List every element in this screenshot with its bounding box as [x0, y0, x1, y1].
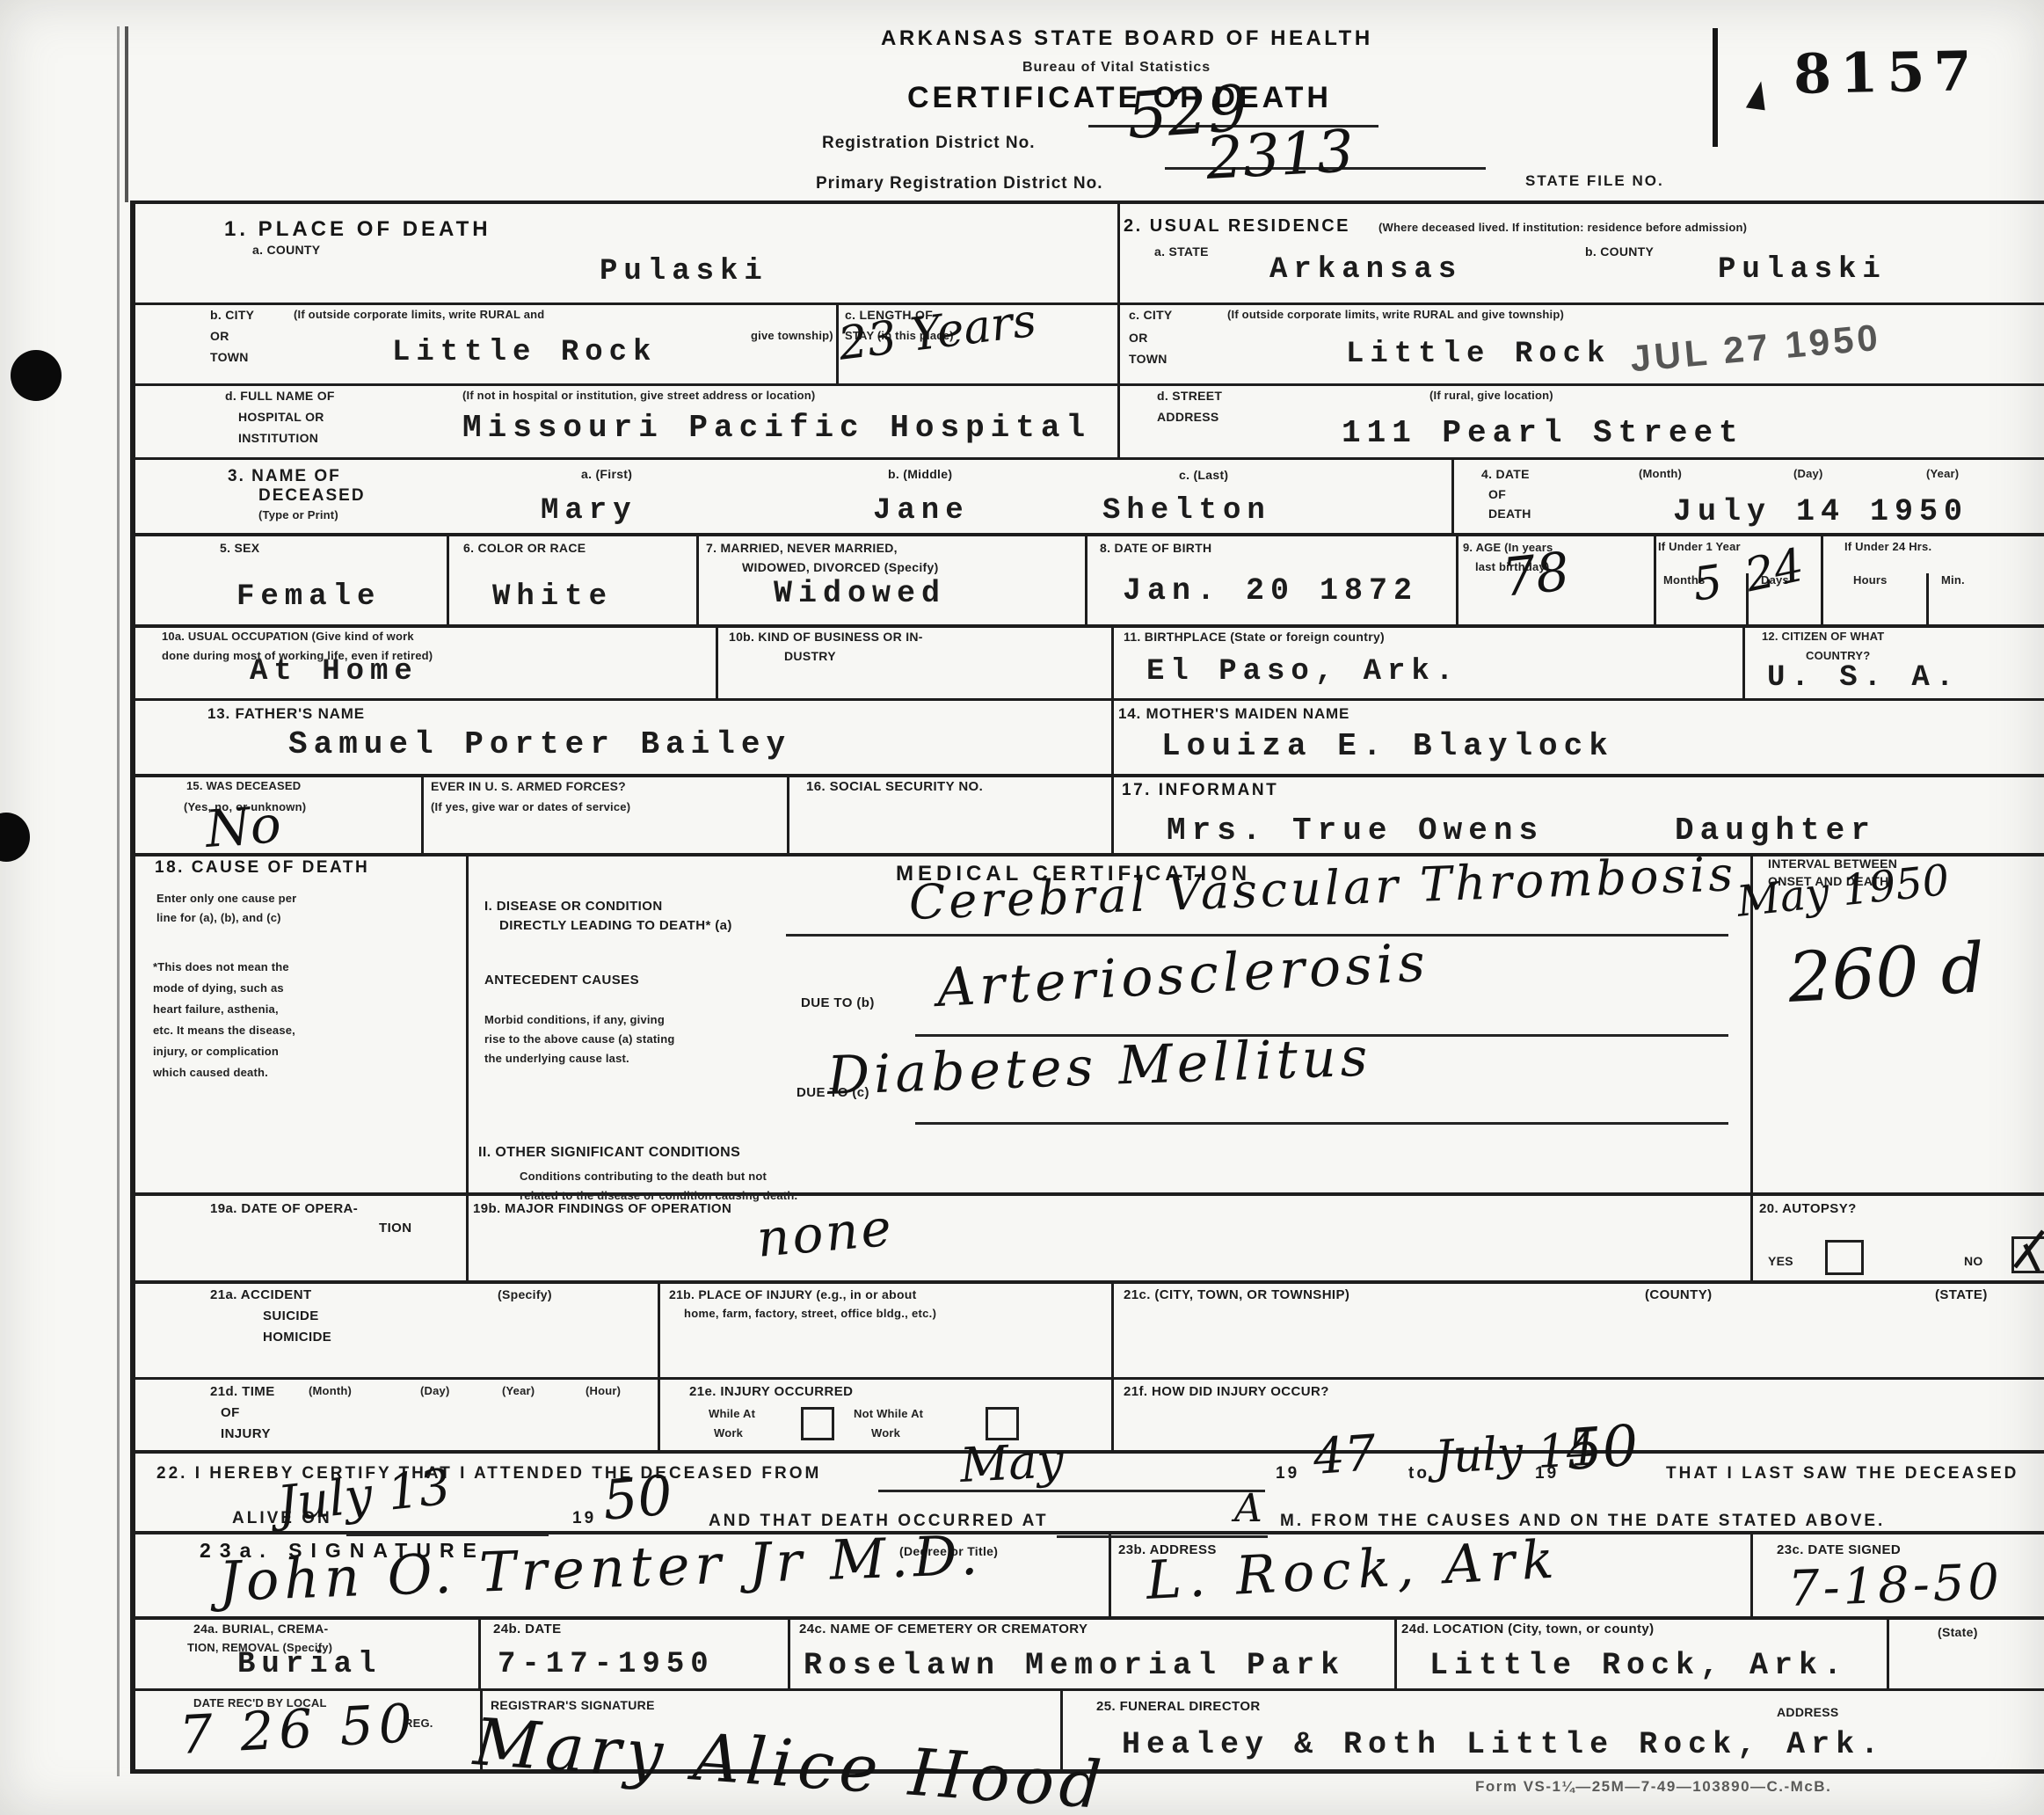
certify-time-line	[1057, 1535, 1268, 1538]
marital-label2: WIDOWED, DIVORCED (Specify)	[742, 560, 939, 574]
street-label1: d. STREET	[1157, 389, 1222, 403]
certify-alive-value: July 13	[275, 1463, 453, 1530]
autopsy-yes-label: YES	[1768, 1254, 1793, 1268]
burial-location-value: Little Rock, Ark.	[1429, 1648, 1848, 1683]
last-name-value: Shelton	[1102, 494, 1271, 528]
injury-county-label: (COUNTY)	[1645, 1287, 1713, 1302]
injury-city-label: 21c. (CITY, TOWN, OR TOWNSHIP)	[1124, 1287, 1349, 1302]
marital-label1: 7. MARRIED, NEVER MARRIED,	[706, 541, 898, 555]
marital-value: Widowed	[774, 576, 946, 611]
accident-label1: 21a. ACCIDENT	[210, 1287, 312, 1302]
while-at-work-label2: Work	[714, 1426, 743, 1440]
injury-state-label: (STATE)	[1935, 1287, 1988, 1302]
county-value: Pulaski	[600, 255, 768, 288]
armed-forces-label3: EVER IN U. S. ARMED FORCES?	[431, 779, 626, 793]
residence-state-value: Arkansas	[1269, 253, 1462, 287]
antecedent-note3: the underlying cause last.	[484, 1052, 629, 1065]
primary-district-value: 2313	[1204, 122, 1355, 188]
certify-line1b: THAT I LAST SAW THE DECEASED	[1666, 1464, 2019, 1483]
mother-value: Louiza E. Blaylock	[1161, 728, 1614, 764]
scan-edge-line	[125, 26, 128, 202]
dob-value: Jan. 20 1872	[1123, 573, 1418, 609]
under-1-year-label: If Under 1 Year	[1658, 540, 1741, 553]
cemetery-value: Roselawn Memorial Park	[804, 1648, 1345, 1683]
business-label2: DUSTRY	[784, 649, 836, 663]
name-label2: DECEASED	[258, 486, 366, 506]
findings-label: 19b. MAJOR FINDINGS OF OPERATION	[473, 1201, 731, 1216]
name-label1: 3. NAME OF	[228, 467, 341, 486]
operation-date-label1: 19a. DATE OF OPERA-	[210, 1201, 358, 1216]
citizen-label2: COUNTRY?	[1806, 649, 1870, 662]
months-value: 5	[1690, 559, 1725, 609]
funeral-director-value: Healey & Roth Little Rock, Ark.	[1122, 1727, 1885, 1762]
bureau-subtitle: Bureau of Vital Statistics	[1022, 60, 1211, 76]
certify-am-value: A	[1234, 1490, 1262, 1528]
under-24-hrs-label: If Under 24 Hrs.	[1844, 540, 1931, 553]
race-label: 6. COLOR OR RACE	[463, 541, 586, 555]
accident-label3: HOMICIDE	[263, 1330, 331, 1345]
city-label: b. CITY	[210, 308, 254, 322]
hospital-label3: INSTITUTION	[238, 431, 318, 445]
armed-forces-label4: (If yes, give war or dates of service)	[431, 800, 630, 813]
hours-label: Hours	[1853, 573, 1888, 587]
not-while-at-work-label1: Not While At	[854, 1407, 923, 1420]
autopsy-yes-checkbox	[1825, 1240, 1864, 1275]
cause-note2f: which caused death.	[153, 1066, 268, 1079]
residence-state-label: a. STATE	[1154, 244, 1209, 259]
business-label1: 10b. KIND OF BUSINESS OR IN-	[729, 630, 923, 644]
burial-location-label: 24d. LOCATION (City, town, or county)	[1401, 1622, 1655, 1636]
dod-month-label: (Month)	[1639, 467, 1682, 480]
certificate-form: 1. PLACE OF DEATH a. COUNTY Pulaski 2. U…	[130, 200, 2044, 1774]
informant-value: Mrs. True Owens	[1167, 813, 1544, 849]
findings-value: none	[754, 1202, 895, 1265]
certify-line1: 22. I HEREBY CERTIFY THAT I ATTENDED THE…	[156, 1464, 821, 1483]
dod-year-label: (Year)	[1926, 467, 1959, 480]
board-title: ARKANSAS STATE BOARD OF HEALTH	[881, 26, 1373, 51]
disease-label2: DIRECTLY LEADING TO DEATH* (a)	[499, 918, 732, 933]
informant-label: 17. INFORMANT	[1122, 781, 1278, 800]
cause-note2e: injury, or complication	[153, 1045, 279, 1058]
sex-label: 5. SEX	[220, 541, 259, 555]
cause-note2c: heart failure, asthenia,	[153, 1002, 279, 1016]
date-signed-label: 23c. DATE SIGNED	[1777, 1542, 1901, 1557]
operation-date-label2: TION	[379, 1221, 411, 1236]
due-to-c-value: Diabetes Mellitus	[826, 1031, 1372, 1103]
hospital-note: (If not in hospital or institution, give…	[462, 389, 815, 402]
dod-value: July 14 1950	[1673, 494, 1968, 529]
name-label3: (Type or Print)	[258, 508, 338, 521]
occupation-label1: 10a. USUAL OCCUPATION (Give kind of work	[162, 630, 414, 643]
injury-year-label: (Year)	[502, 1384, 535, 1397]
funeral-director-label: 25. FUNERAL DIRECTOR	[1096, 1699, 1261, 1714]
usual-residence-title: 2. USUAL RESIDENCE	[1124, 216, 1350, 237]
father-label: 13. FATHER'S NAME	[207, 705, 365, 723]
last-name-label: c. (Last)	[1179, 468, 1228, 482]
dod-label2: OF	[1488, 487, 1506, 501]
time-of-injury-label2: OF	[221, 1405, 240, 1420]
funeral-address-label: ADDRESS	[1777, 1705, 1839, 1719]
certify-19c: 19	[572, 1509, 596, 1528]
time-of-injury-label3: INJURY	[221, 1426, 271, 1441]
scan-edge-line	[117, 26, 120, 1776]
disease-line	[786, 934, 1728, 937]
time-of-injury-label1: 21d. TIME	[210, 1384, 275, 1399]
dod-label3: DEATH	[1488, 507, 1531, 521]
street-note: (If rural, give location)	[1429, 389, 1553, 402]
due-to-c-line	[915, 1122, 1728, 1125]
certify-alive-year: 50	[600, 1468, 674, 1528]
sex-value: Female	[236, 580, 381, 614]
disease-label1: I. DISEASE OR CONDITION	[484, 899, 663, 914]
birthplace-label: 11. BIRTHPLACE (State or foreign country…	[1124, 630, 1385, 644]
how-injury-label: 21f. HOW DID INJURY OCCUR?	[1124, 1384, 1329, 1399]
city-note2: give township)	[751, 329, 833, 342]
accident-label2: SUICIDE	[263, 1308, 319, 1323]
interval-value2: 260 d	[1786, 934, 1986, 1013]
residence-county-value: Pulaski	[1718, 253, 1887, 287]
citizen-label1: 12. CITIZEN OF WHAT	[1762, 630, 1884, 643]
triangle-mark	[1746, 80, 1769, 111]
date-signed-value: 7-18-50	[1787, 1558, 2004, 1615]
autopsy-no-label: NO	[1964, 1254, 1983, 1268]
cemetery-label: 24c. NAME OF CEMETERY OR CREMATORY	[799, 1622, 1087, 1636]
first-name-value: Mary	[541, 494, 637, 528]
dod-day-label: (Day)	[1793, 467, 1823, 480]
due-to-b-label: DUE TO (b)	[801, 995, 875, 1010]
antecedent-note1: Morbid conditions, if any, giving	[484, 1013, 665, 1026]
certify-from-line	[878, 1490, 1265, 1492]
cause-note1b: line for (a), (b), and (c)	[156, 911, 281, 924]
first-name-label: a. (First)	[581, 467, 632, 481]
scan-bar-mark	[1713, 28, 1718, 147]
certify-from-year: 47	[1312, 1429, 1378, 1483]
while-at-work-label1: While At	[709, 1407, 755, 1420]
residence-county-label: b. COUNTY	[1585, 244, 1654, 259]
primary-district-label: Primary Registration District No.	[816, 174, 1103, 193]
autopsy-label: 20. AUTOPSY?	[1759, 1201, 1857, 1216]
city-note: (If outside corporate limits, write RURA…	[294, 308, 544, 321]
burial-label1: 24a. BURIAL, CREMA-	[193, 1622, 329, 1636]
registrar-signature: Mary Alice Hood	[471, 1709, 1109, 1815]
punch-hole	[0, 813, 30, 862]
certify-from-value: May	[959, 1437, 1066, 1490]
hospital-label1: d. FULL NAME OF	[225, 389, 335, 403]
hospital-value: Missouri Pacific Hospital	[462, 410, 1091, 446]
father-value: Samuel Porter Bailey	[288, 726, 791, 762]
certify-19b: 19	[1535, 1464, 1559, 1483]
certify-19a: 19	[1276, 1464, 1299, 1483]
injury-hour-label: (Hour)	[586, 1384, 621, 1397]
form-number: Form VS-1¼—25M—7-49—103890—C.-McB.	[1475, 1778, 1831, 1796]
date-recd-value: 7 26 50	[178, 1697, 418, 1762]
antecedent-note2: rise to the above cause (a) stating	[484, 1032, 675, 1046]
usual-residence-note: (Where deceased lived. If institution: r…	[1378, 221, 1747, 234]
punch-hole	[11, 350, 62, 401]
certify-line2c: M. FROM THE CAUSES AND ON THE DATE STATE…	[1280, 1512, 1885, 1531]
antecedent-label: ANTECEDENT CAUSES	[484, 973, 639, 988]
certify-alive-line	[346, 1534, 549, 1536]
days-value: 24	[1742, 543, 1808, 600]
state-file-number-stamp: 8157	[1793, 39, 1981, 106]
death-certificate-scan: ARKANSAS STATE BOARD OF HEALTH Bureau of…	[0, 0, 2044, 1815]
injury-day-label: (Day)	[420, 1384, 450, 1397]
while-at-work-checkbox	[801, 1407, 834, 1440]
armed-forces-value: No	[204, 798, 283, 855]
res-city-or: OR	[1129, 331, 1148, 345]
other-conditions-note2: related to the disease or condition caus…	[520, 1189, 797, 1202]
res-city-note: (If outside corporate limits, write RURA…	[1227, 308, 1564, 321]
city-value: Little Rock	[392, 336, 657, 369]
injury-occurred-label: 21e. INJURY OCCURRED	[689, 1384, 853, 1399]
county-label: a. COUNTY	[252, 243, 320, 257]
registration-district-label: Registration District No.	[822, 134, 1035, 153]
received-date-stamp: JUL 27 1950	[1628, 317, 1882, 381]
burial-date-label: 24b. DATE	[493, 1622, 562, 1636]
middle-name-label: b. (Middle)	[888, 467, 952, 481]
not-while-at-work-label2: Work	[871, 1426, 900, 1440]
res-city-town: TOWN	[1129, 352, 1167, 366]
cause-note2b: mode of dying, such as	[153, 981, 284, 995]
burial-date-value: 7-17-1950	[498, 1648, 715, 1681]
due-to-b-value: Arteriosclerosis	[935, 937, 1430, 1015]
injury-month-label: (Month)	[309, 1384, 352, 1397]
certify-to-year: 50	[1565, 1418, 1640, 1479]
state-file-label: STATE FILE NO.	[1525, 172, 1664, 190]
place-of-injury-label2: home, farm, factory, street, office bldg…	[684, 1307, 936, 1320]
city-town-label: TOWN	[210, 350, 249, 364]
city-or-label: OR	[210, 329, 229, 343]
cause-note1a: Enter only one cause per	[156, 892, 296, 905]
street-value: 111 Pearl Street	[1342, 415, 1744, 451]
res-city-label: c. CITY	[1129, 308, 1173, 322]
ssn-label: 16. SOCIAL SECURITY NO.	[806, 779, 983, 794]
min-label: Min.	[1941, 573, 1965, 587]
race-value: White	[492, 580, 613, 614]
place-of-death-title: 1. PLACE OF DEATH	[224, 217, 491, 242]
cause-note2d: etc. It means the disease,	[153, 1024, 295, 1037]
middle-name-value: Jane	[873, 494, 970, 528]
occupation-value: At Home	[250, 655, 418, 689]
burial-state-label: (State)	[1938, 1625, 1978, 1639]
other-conditions-label: II. OTHER SIGNIFICANT CONDITIONS	[478, 1145, 740, 1161]
birthplace-value: El Paso, Ark.	[1146, 655, 1459, 689]
accident-specify-label: (Specify)	[498, 1287, 552, 1301]
armed-forces-label1: 15. WAS DECEASED	[186, 779, 301, 792]
mother-label: 14. MOTHER'S MAIDEN NAME	[1118, 705, 1349, 723]
burial-value: Burial	[237, 1648, 382, 1681]
informant-relation: Daughter	[1675, 813, 1876, 849]
certify-to: to	[1408, 1464, 1429, 1483]
res-city-value: Little Rock	[1346, 338, 1611, 371]
place-of-injury-label1: 21b. PLACE OF INJURY (e.g., in or about	[669, 1287, 917, 1301]
dob-label: 8. DATE OF BIRTH	[1100, 541, 1211, 555]
dod-label1: 4. DATE	[1481, 467, 1530, 481]
cause-note2a: *This does not mean the	[153, 960, 289, 973]
cause-of-death-label: 18. CAUSE OF DEATH	[155, 858, 369, 878]
certificate-title: CERTIFICATE OF DEATH	[907, 81, 1332, 115]
citizen-value: U. S. A.	[1767, 661, 1960, 695]
hospital-label2: HOSPITAL OR	[238, 410, 324, 424]
street-label2: ADDRESS	[1157, 410, 1219, 424]
age-value: 78	[1500, 545, 1572, 605]
other-conditions-note1: Conditions contributing to the death but…	[520, 1170, 767, 1183]
